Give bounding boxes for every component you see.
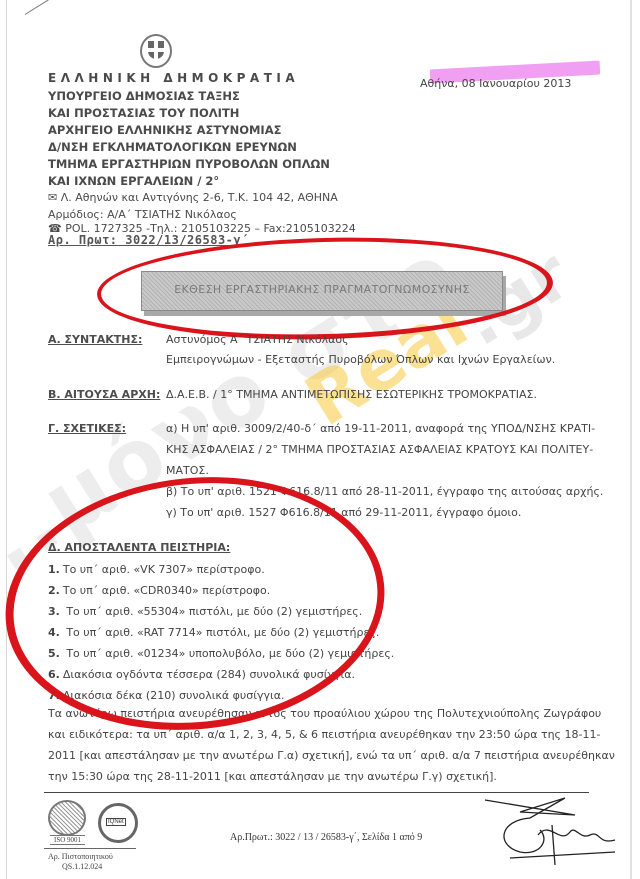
evidence-item: 4. Το υπ΄ αριθ. «RAT 7714» πιστόλι, με δ…: [48, 626, 379, 639]
related-doc-line: ΚΗΣ ΑΣΦΑΛΕΙΑΣ / 2° ΤΜΗΜΑ ΠΡΟΣΤΑΣΙΑΣ ΑΣΦΑ…: [166, 443, 593, 457]
related-docs-label: Γ. ΣΧΕΤΙΚΕΣ:: [48, 422, 126, 435]
cross-shield-icon: [148, 41, 164, 59]
headquarters-line: ΑΡΧΗΓΕΙΟ ΕΛΛΗΝΙΚΗΣ ΑΣΤΥΝΟΜΙΑΣ: [48, 122, 281, 138]
directorate-line: Δ/ΝΣΗ ΕΓΚΛΗΜΑΤΟΛΟΓΙΚΩΝ ΕΡΕΥΝΩΝ: [48, 139, 297, 155]
evidence-item: 1.Το υπ΄ αριθ. «VK 7307» περίστροφο.: [48, 563, 265, 576]
iqnet-certification-icon: IQNet: [98, 803, 138, 843]
report-title-box: ΕΚΘΕΣΗ ΕΡΓΑΣΤΗΡΙΑΚΗΣ ΠΡΑΓΜΑΤΟΓΝΩΜΟΣΥΝΗΣ: [141, 271, 503, 311]
evidence-item: 3. Το υπ΄ αριθ. «55304» πιστόλι, με δύο …: [48, 605, 362, 618]
evidence-item: 6.Διακόσια ογδόντα τέσσερα (284) συνολικ…: [48, 668, 355, 681]
cert-divider: [44, 848, 136, 849]
related-doc-line: β) Το υπ' αριθ. 1521 Φ616.8/11 από 28-11…: [166, 485, 603, 499]
ministry-line: ΚΑΙ ΠΡΟΣΤΑΣΙΑΣ ΤΟΥ ΠΟΛΙΤΗ: [48, 105, 239, 121]
author-name: Αστυνόμος Α΄ ΤΣΙΑΤΗΣ Νικόλαος: [166, 333, 349, 347]
iso-certification-icon: [48, 800, 86, 836]
department-line: ΤΜΗΜΑ ΕΡΓΑΣΤΗΡΙΩΝ ΠΥΡΟΒΟΛΩΝ ΟΠΛΩΝ: [48, 156, 330, 172]
address-line: ✉ Λ. Αθηνών και Αντιγόνης 2-6, Τ.Κ. 104 …: [48, 190, 338, 206]
related-doc-line: ΜΑΤΟΣ.: [166, 464, 209, 478]
related-doc-line: γ) Το υπ' αριθ. 1527 Φ616.8/11 από 29-11…: [166, 506, 521, 520]
evidence-item: 2.Το υπ΄ αριθ. «CDR0340» περίστροφο.: [48, 584, 270, 597]
signature-icon: [480, 790, 620, 870]
requesting-authority-label: Β. ΑΙΤΟΥΣΑ ΑΡΧΗ:: [48, 388, 160, 401]
iso-label: ISO 9001: [50, 835, 85, 845]
requesting-authority: Δ.Α.Ε.Β. / 1° ΤΜΗΜΑ ΑΝΤΙΜΕΤΩΠΙΣΗΣ ΕΣΩΤΕΡ…: [166, 388, 537, 402]
page-edge: [6, 0, 7, 879]
department-line: ΚΑΙ ΙΧΝΩΝ ΕΡΓΑΛΕΙΩΝ / 2°: [48, 173, 219, 189]
scan-mark: [25, 0, 53, 15]
related-doc-line: α) Η υπ' αριθ. 3009/2/40-δ΄ από 19-11-20…: [166, 422, 595, 436]
ministry-line: ΥΠΟΥΡΓΕΙΟ ΔΗΜΟΣΙΑΣ ΤΑΞΗΣ: [48, 88, 240, 104]
author-label: Α. ΣΥΝΤΑΚΤΗΣ:: [48, 333, 142, 346]
greek-coat-of-arms-icon: [140, 34, 172, 68]
republic-heading: ΕΛΛΗΝΙΚΗ ΔΗΜΟΚΡΑΤΙΑ: [48, 70, 299, 86]
report-title: ΕΚΘΕΣΗ ΕΡΓΑΣΤΗΡΙΑΚΗΣ ΠΡΑΓΜΑΤΟΓΝΩΜΟΣΥΝΗΣ: [142, 283, 502, 296]
iqnet-label: IQNet: [106, 818, 126, 826]
found-location-paragraph: Τα ανωτέρω πειστήρια ανευρέθησαν εντός τ…: [48, 703, 600, 787]
certificate-number: QS.1.12.024: [62, 862, 102, 871]
author-title: Εμπειρογνώμων - Εξεταστής Πυροβόλων Όπλω…: [166, 353, 555, 367]
page-edge: [630, 0, 632, 879]
evidence-item: 5. Το υπ΄ αριθ. «01234» υποπολυβόλο, με …: [48, 647, 394, 660]
page-reference: Αρ.Πρωτ.: 3022 / 13 / 26583-γ΄, Σελίδα 1…: [230, 832, 422, 843]
evidence-item: 7.Διακόσια δέκα (210) συνολικά φυσίγγια.: [48, 689, 284, 702]
protocol-number: Αρ. Πρωτ: 3022/13/26583-γ΄: [48, 233, 249, 247]
certificate-label: Αρ. Πιστοποιητικού: [48, 852, 113, 861]
evidence-label: Δ. ΑΠΟΣΤΑΛΕΝΤΑ ΠΕΙΣΤΗΡΙΑ:: [48, 541, 230, 554]
document-date: Αθήνα, 08 Ιανουαρίου 2013: [420, 77, 571, 90]
